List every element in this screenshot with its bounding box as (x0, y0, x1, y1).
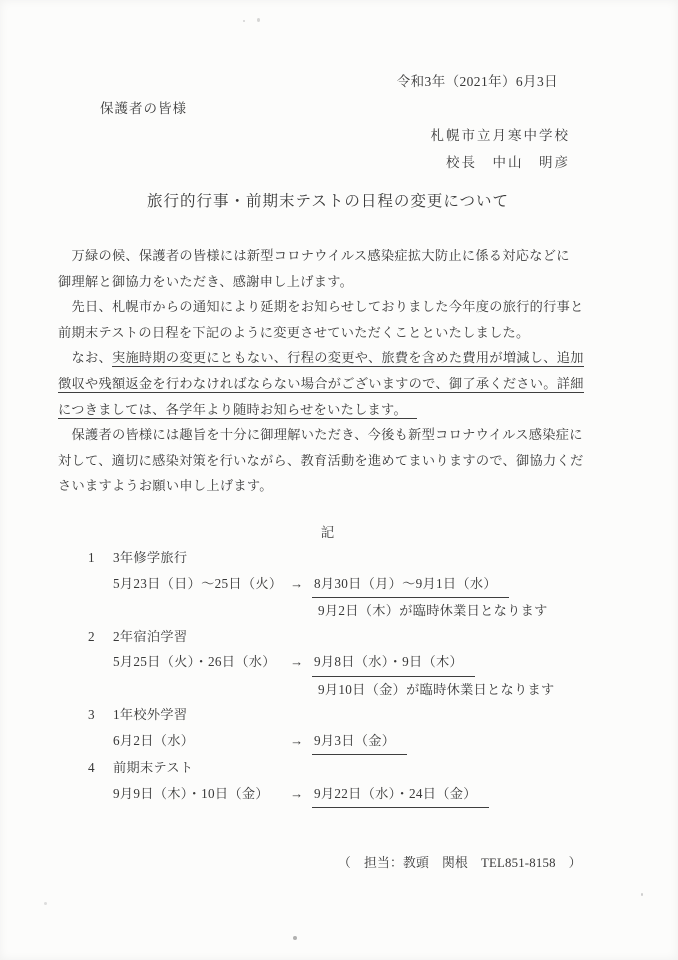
scanned-letter-page: 令和3年（2021年）6月3日 保護者の皆様 札幌市立月寒中学校 校長 中山 明… (0, 0, 678, 960)
schedule-item-name: 3年修学旅行 (113, 545, 187, 571)
schedule-note: 9月10日（金）が臨時休業日となります (88, 677, 648, 703)
scan-artifact (243, 20, 245, 22)
schedule-item-number: 1 (88, 545, 113, 571)
arrow-right-icon: → (290, 781, 312, 809)
schedule-new-date: 9月8日（水）・9日（木） (312, 649, 475, 677)
paragraph-line: 保護者の皆様には趣旨を十分に御理解いただき、今後も新型コロナウイルス感染症に (58, 422, 573, 448)
arrow-right-icon: → (290, 649, 312, 677)
schedule-item-number: 2 (88, 624, 113, 650)
schedule-item-name: 前期末テスト (113, 755, 193, 781)
paragraph-line: 対して、適切に感染対策を行いながら、教育活動を進めてまいりますので、御協力くだ (58, 448, 573, 474)
schedule-new-date: 9月3日（金） (312, 728, 407, 756)
schedule-item: 4 前期末テスト (88, 755, 648, 781)
schedule-old-date: 6月2日（水） (113, 728, 290, 756)
schedule-item-number: 4 (88, 755, 113, 781)
schedule-date-row: 6月2日（水） → 9月3日（金） (88, 728, 648, 756)
paragraph-line: なお、実施時期の変更にともない、行程の変更や、旅費を含めた費用が増減し、追加 (58, 345, 573, 371)
schedule-item-number: 3 (88, 702, 113, 728)
scan-artifact (257, 18, 260, 22)
schedule-item-name: 2年宿泊学習 (113, 624, 187, 650)
paragraph-line: 御理解と御協力をいただき、感謝申し上げます。 (58, 269, 573, 295)
schedule-item-name: 1年校外学習 (113, 702, 187, 728)
schedule-item: 2 2年宿泊学習 (88, 624, 648, 650)
schedule-item: 1 3年修学旅行 (88, 545, 648, 571)
notice-marker: 記 (58, 521, 598, 541)
school-name: 札幌市立月寒中学校 (431, 124, 571, 144)
principal-name: 校長 中山 明彦 (446, 151, 570, 171)
schedule-old-date: 9月9日（木）・10日（金） (113, 781, 290, 809)
schedule-date-row: 5月23日（日）～25日（火） → 8月30日（月）～9月1日（水） (88, 571, 648, 599)
underlined-text: 徴収や残額返金を行わなければならない場合がございますので、御了承ください。詳細 (58, 376, 584, 393)
arrow-right-icon: → (290, 728, 312, 756)
paragraph-line: 前期末テストの日程を下記のように変更させていただくことといたしました。 (58, 320, 573, 346)
schedule-old-date: 5月25日（火）・26日（水） (113, 649, 290, 677)
contact-info: （ 担当：教頭 関根 TEL851-8158 ） (338, 852, 582, 871)
paragraph-line: につきましては、各学年より随時お知らせをいたします。 (58, 397, 573, 423)
underlined-text: につきましては、各学年より随時お知らせをいたします。 (58, 402, 417, 419)
schedule-item: 3 1年校外学習 (88, 702, 648, 728)
letter-body: 万緑の候、保護者の皆様には新型コロナウイルス感染症拡大防止に係る対応などに 御理… (58, 243, 573, 499)
schedule-date-row: 5月25日（火）・26日（水） → 9月8日（水）・9日（木） (88, 649, 648, 677)
paragraph-line: 先日、札幌市からの通知により延期をお知らせしておりました今年度の旅行的行事と (58, 294, 573, 320)
paragraph-line: 万緑の候、保護者の皆様には新型コロナウイルス感染症拡大防止に係る対応などに (58, 243, 573, 269)
schedule-new-date: 8月30日（月）～9月1日（水） (312, 571, 509, 599)
schedule-list: 1 3年修学旅行 5月23日（日）～25日（火） → 8月30日（月）～9月1日… (88, 545, 648, 808)
paragraph-text: なお、 (58, 350, 112, 365)
underlined-text: 実施時期の変更にともない、行程の変更や、旅費を含めた費用が増減し、追加 (112, 350, 584, 367)
schedule-note: 9月2日（木）が臨時休業日となります (88, 598, 648, 624)
paragraph-line: 徴収や残額返金を行わなければならない場合がございますので、御了承ください。詳細 (58, 371, 573, 397)
letter-title: 旅行的行事・前期末テストの日程の変更について (58, 189, 598, 211)
scan-artifact (641, 893, 643, 896)
paragraph-line: さいますようお願い申し上げます。 (58, 473, 573, 499)
schedule-new-date: 9月22日（水）・24日（金） (312, 781, 489, 809)
recipient-line: 保護者の皆様 (100, 97, 187, 117)
issue-date: 令和3年（2021年）6月3日 (397, 70, 558, 90)
schedule-date-row: 9月9日（木）・10日（金） → 9月22日（水）・24日（金） (88, 781, 648, 809)
scan-artifact (293, 936, 297, 940)
scan-artifact (44, 902, 47, 905)
arrow-right-icon: → (290, 571, 312, 599)
schedule-old-date: 5月23日（日）～25日（火） (113, 571, 290, 599)
